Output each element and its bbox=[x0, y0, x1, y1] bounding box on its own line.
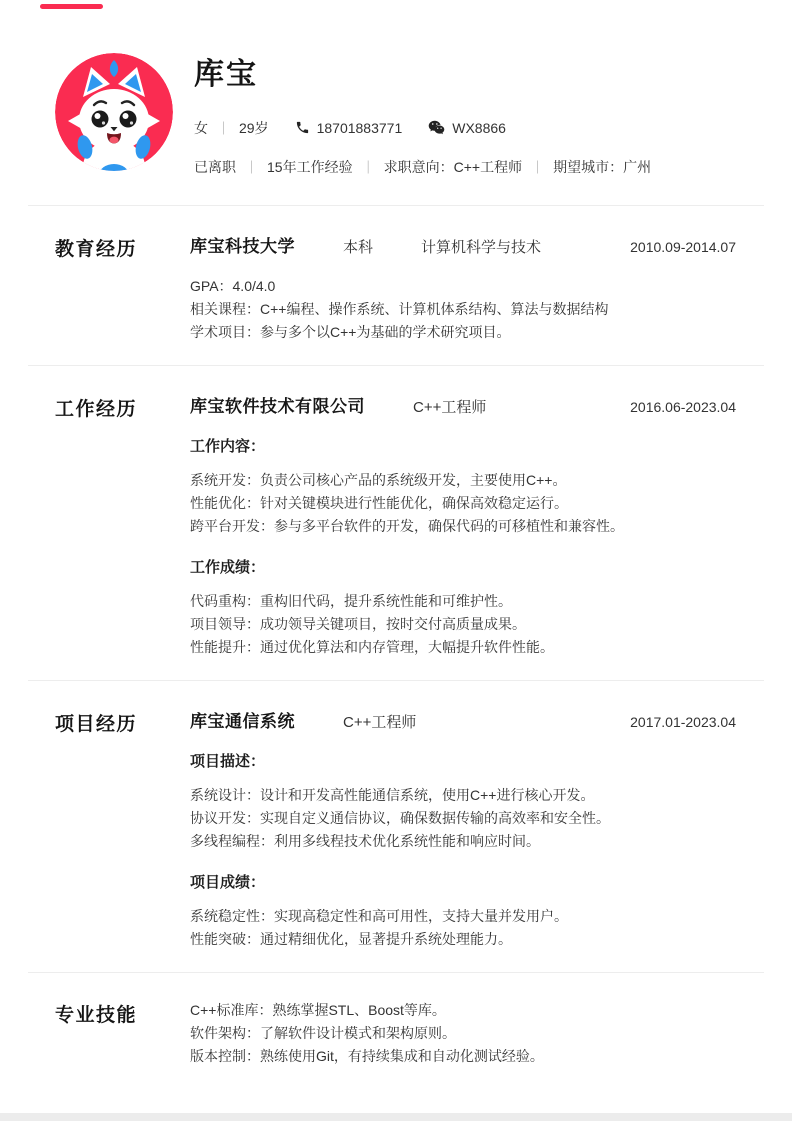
expected-city: 期望城市：广州 bbox=[553, 157, 651, 177]
job-intention: 求职意向：C++工程师 bbox=[384, 157, 522, 177]
page-top-accent-dash bbox=[40, 4, 103, 9]
detail-line: C++标准库：熟练掌握STL、Boost等库。 bbox=[190, 999, 736, 1022]
status-row: 已离职 ｜ 15年工作经验 ｜ 求职意向：C++工程师 ｜ 期望城市：广州 bbox=[194, 157, 736, 177]
detail-line: 协议开发：实现自定义通信协议，确保数据传输的高效率和安全性。 bbox=[190, 807, 736, 830]
resume-header: 库宝 女 ｜ 29岁 18701883771 WX88 bbox=[0, 0, 792, 177]
education-entry-header: 库宝科技大学 本科 计算机科学与技术 2010.09-2014.07 bbox=[190, 232, 736, 257]
detail-line: 相关课程：C++编程、操作系统、计算机体系结构、算法与数据结构 bbox=[190, 298, 736, 321]
section-title-skills: 专业技能 bbox=[55, 998, 190, 1068]
detail-line: 多线程编程：利用多线程技术优化系统性能和响应时间。 bbox=[190, 830, 736, 853]
experience-years: 15年工作经验 bbox=[267, 157, 353, 177]
work-achievement-heading: 工作成绩： bbox=[190, 558, 736, 578]
wechat-id: WX8866 bbox=[452, 120, 506, 136]
work-date-range: 2016.06-2023.04 bbox=[630, 399, 736, 415]
separator: ｜ bbox=[217, 118, 230, 137]
project-role: C++工程师 bbox=[343, 711, 416, 732]
degree: 本科 bbox=[343, 236, 373, 257]
detail-line: 性能提升：通过优化算法和内存管理，大幅提升软件性能。 bbox=[190, 636, 736, 659]
phone-icon bbox=[295, 120, 310, 135]
project-name: 库宝通信系统 bbox=[190, 707, 295, 732]
separator: ｜ bbox=[362, 157, 375, 176]
project-achievement-heading: 项目成绩： bbox=[190, 873, 736, 893]
phone-group: 18701883771 bbox=[295, 120, 403, 136]
section-project: 项目经历 库宝通信系统 C++工程师 2017.01-2023.04 项目描述：… bbox=[0, 681, 792, 972]
avatar bbox=[55, 53, 173, 171]
detail-line: 性能突破：通过精细优化，显著提升系统处理能力。 bbox=[190, 928, 736, 951]
page-bottom-edge bbox=[0, 1113, 792, 1121]
project-date-range: 2017.01-2023.04 bbox=[630, 714, 736, 730]
detail-line: 学术项目：参与多个以C++为基础的学术研究项目。 bbox=[190, 321, 736, 344]
gender-age-group: 女 ｜ 29岁 bbox=[194, 118, 269, 138]
company-name: 库宝软件技术有限公司 bbox=[190, 392, 365, 417]
wechat-icon bbox=[428, 120, 445, 135]
section-title-project: 项目经历 bbox=[55, 707, 190, 951]
detail-line: 软件架构：了解软件设计模式和架构原则。 bbox=[190, 1022, 736, 1045]
age-label: 29岁 bbox=[239, 118, 269, 138]
detail-line: 系统开发：负责公司核心产品的系统级开发，主要使用C++。 bbox=[190, 469, 736, 492]
detail-line: 系统设计：设计和开发高性能通信系统，使用C++进行核心开发。 bbox=[190, 784, 736, 807]
candidate-name: 库宝 bbox=[194, 58, 736, 93]
detail-line: 性能优化：针对关键模块进行性能优化，确保高效稳定运行。 bbox=[190, 492, 736, 515]
detail-line: 版本控制：熟练使用Git，有持续集成和自动化测试经验。 bbox=[190, 1045, 736, 1068]
resume-page: 库宝 女 ｜ 29岁 18701883771 WX88 bbox=[0, 0, 792, 1121]
education-date-range: 2010.09-2014.07 bbox=[630, 239, 736, 255]
detail-line: 跨平台开发：参与多平台软件的开发，确保代码的可移植性和兼容性。 bbox=[190, 515, 736, 538]
wechat-group: WX8866 bbox=[428, 120, 506, 136]
phone-number: 18701883771 bbox=[317, 120, 403, 136]
contact-row: 女 ｜ 29岁 18701883771 WX8866 bbox=[194, 118, 736, 138]
cat-mascot-icon bbox=[55, 53, 173, 171]
gender-label: 女 bbox=[194, 118, 208, 138]
detail-line: GPA：4.0/4.0 bbox=[190, 275, 736, 298]
detail-line: 代码重构：重构旧代码，提升系统性能和可维护性。 bbox=[190, 590, 736, 613]
work-content-heading: 工作内容： bbox=[190, 437, 736, 457]
work-entry-header: 库宝软件技术有限公司 C++工程师 2016.06-2023.04 bbox=[190, 392, 736, 417]
employment-status: 已离职 bbox=[194, 157, 236, 177]
section-skills: 专业技能 C++标准库：熟练掌握STL、Boost等库。 软件架构：了解软件设计… bbox=[0, 973, 792, 1068]
separator: ｜ bbox=[245, 157, 258, 176]
school-name: 库宝科技大学 bbox=[190, 232, 295, 257]
section-title-education: 教育经历 bbox=[55, 232, 190, 344]
detail-line: 系统稳定性：实现高稳定性和高可用性，支持大量并发用户。 bbox=[190, 905, 736, 928]
separator: ｜ bbox=[531, 157, 544, 176]
job-title: C++工程师 bbox=[413, 396, 486, 417]
project-description-heading: 项目描述： bbox=[190, 752, 736, 772]
section-work: 工作经历 库宝软件技术有限公司 C++工程师 2016.06-2023.04 工… bbox=[0, 366, 792, 680]
section-title-work: 工作经历 bbox=[55, 392, 190, 659]
project-entry-header: 库宝通信系统 C++工程师 2017.01-2023.04 bbox=[190, 707, 736, 732]
detail-line: 项目领导：成功领导关键项目，按时交付高质量成果。 bbox=[190, 613, 736, 636]
major: 计算机科学与技术 bbox=[421, 236, 541, 257]
header-info: 库宝 女 ｜ 29岁 18701883771 WX88 bbox=[194, 53, 736, 177]
section-education: 教育经历 库宝科技大学 本科 计算机科学与技术 2010.09-2014.07 … bbox=[0, 206, 792, 365]
